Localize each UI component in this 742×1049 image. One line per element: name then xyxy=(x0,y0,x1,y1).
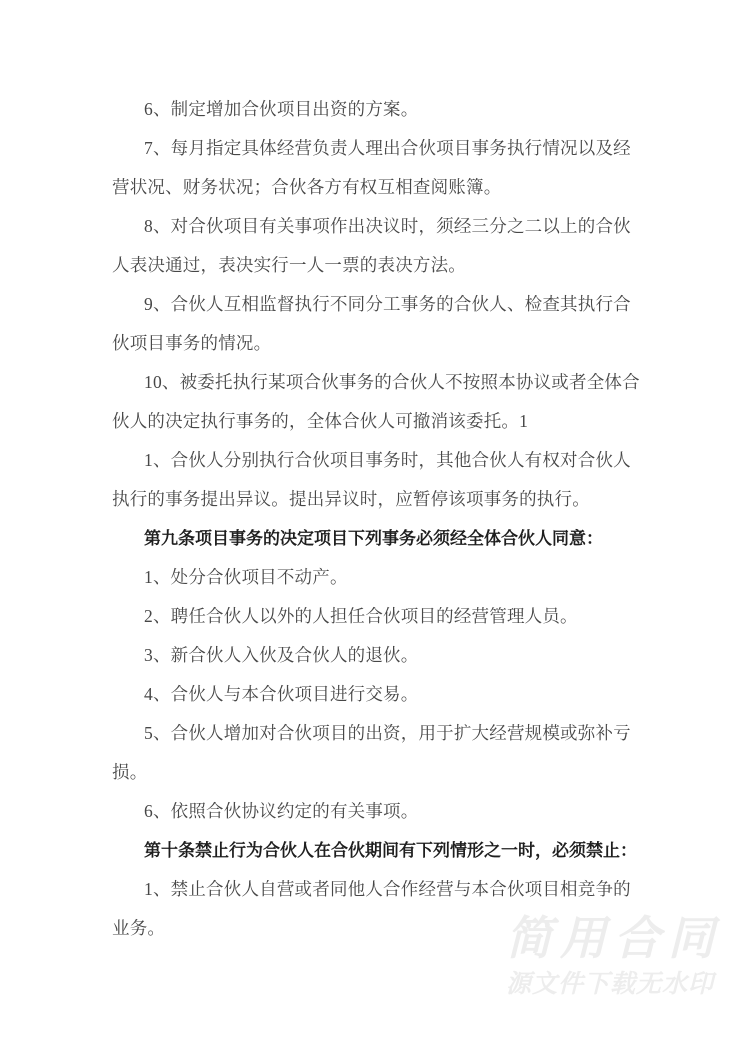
document-line: 执行的事务提出异议。提出异议时，应暂停该项事务的执行。 xyxy=(112,480,642,519)
document-line: 人表决通过，表决实行一人一票的表决方法。 xyxy=(112,246,642,285)
document-line: 6、依照合伙协议约定的有关事项。 xyxy=(112,792,642,831)
document-line: 业务。 xyxy=(112,909,642,948)
document-content: 6、制定增加合伙项目出资的方案。7、每月指定具体经营负责人理出合伙项目事务执行情… xyxy=(112,90,642,948)
document-line: 1、禁止合伙人自营或者同他人合作经营与本合伙项目相竞争的 xyxy=(112,870,642,909)
document-line: 8、对合伙项目有关事项作出决议时，须经三分之二以上的合伙 xyxy=(112,207,642,246)
document-page: 6、制定增加合伙项目出资的方案。7、每月指定具体经营负责人理出合伙项目事务执行情… xyxy=(0,0,742,1049)
document-line: 营状况、财务状况；合伙各方有权互相查阅账簿。 xyxy=(112,168,642,207)
document-line: 损。 xyxy=(112,753,642,792)
document-line: 5、合伙人增加对合伙项目的出资，用于扩大经营规模或弥补亏 xyxy=(112,714,642,753)
watermark-subtitle: 源文件下载无水印 xyxy=(506,970,722,998)
document-line: 4、合伙人与本合伙项目进行交易。 xyxy=(112,675,642,714)
document-line: 1、合伙人分别执行合伙项目事务时，其他合伙人有权对合伙人 xyxy=(112,441,642,480)
document-line: 伙项目事务的情况。 xyxy=(112,324,642,363)
section-heading: 第九条项目事务的决定项目下列事务必须经全体合伙人同意： xyxy=(112,519,642,558)
document-line: 2、聘任合伙人以外的人担任合伙项目的经营管理人员。 xyxy=(112,597,642,636)
document-line: 7、每月指定具体经营负责人理出合伙项目事务执行情况以及经 xyxy=(112,129,642,168)
document-line: 9、合伙人互相监督执行不同分工事务的合伙人、检查其执行合 xyxy=(112,285,642,324)
document-line: 6、制定增加合伙项目出资的方案。 xyxy=(112,90,642,129)
document-line: 伙人的决定执行事务的，全体合伙人可撤消该委托。1 xyxy=(112,402,642,441)
document-line: 1、处分合伙项目不动产。 xyxy=(112,558,642,597)
document-line: 3、新合伙人入伙及合伙人的退伙。 xyxy=(112,636,642,675)
section-heading: 第十条禁止行为合伙人在合伙期间有下列情形之一时，必须禁止： xyxy=(112,831,642,870)
document-line: 10、被委托执行某项合伙事务的合伙人不按照本协议或者全体合 xyxy=(112,363,642,402)
